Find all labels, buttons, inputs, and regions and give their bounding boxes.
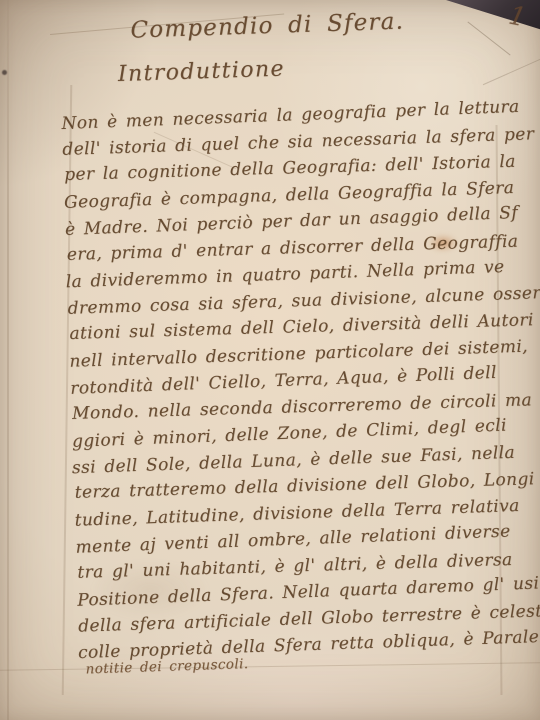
manuscript-text: Compendio di Sfera. Introduttione Non è … [58, 2, 540, 677]
manuscript-subtitle: Introduttione [117, 46, 540, 90]
paper-crease-left-edge [7, 0, 9, 720]
manuscript-title: Compendio di Sfera. [130, 2, 540, 46]
manuscript-photo: 1 Compendio di Sfera. Introduttione Non … [0, 0, 540, 720]
ink-spot [2, 70, 7, 75]
manuscript-body: Non è men necessaria la geografia per la… [61, 94, 540, 677]
